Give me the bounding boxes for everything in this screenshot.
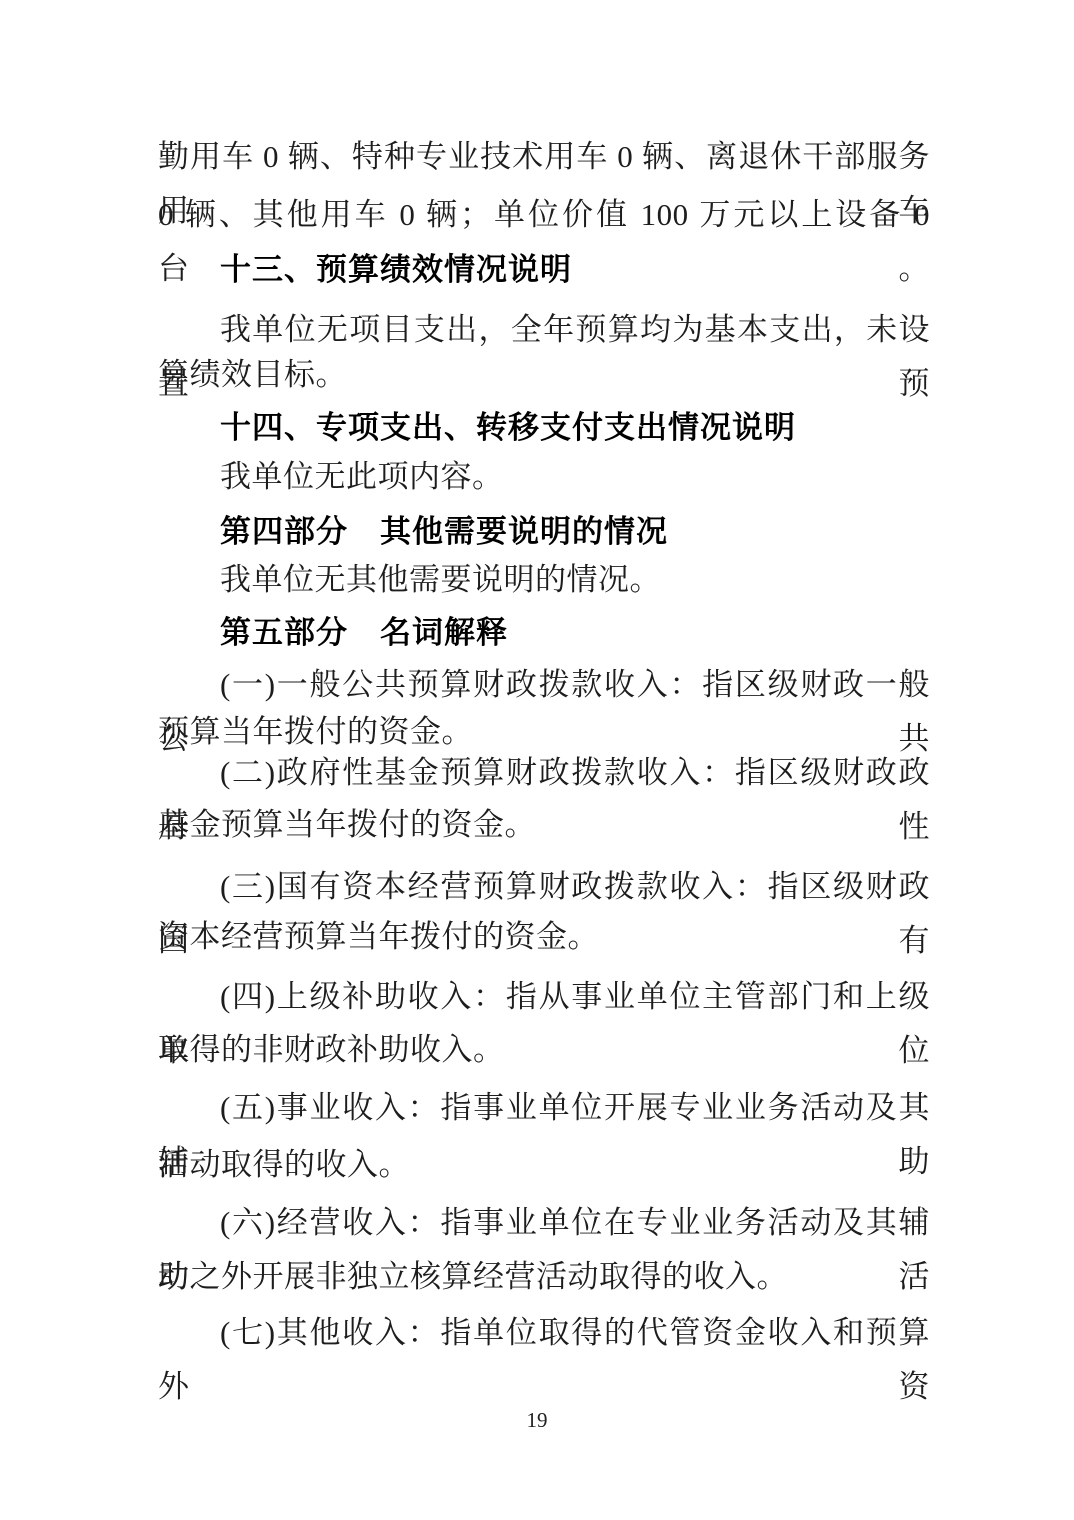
- text-line: 资本经营预算当年拨付的资金。: [158, 910, 930, 964]
- text-line: 动之外开展非独立核算经营活动取得的收入。: [158, 1250, 930, 1304]
- page-content: 勤用车 0 辆、特种专业技术用车 0 辆、离退休干部服务用车0 辆、其他用车 0…: [0, 0, 1074, 1520]
- text-line: (二)政府性基金预算财政拨款收入：指区级财政政府性: [158, 746, 930, 800]
- text-line: (四)上级补助收入：指从事业单位主管部门和上级单位: [158, 970, 930, 1024]
- text-line: 我单位无其他需要说明的情况。: [158, 553, 930, 607]
- text-line: (五)事业收入：指事业单位开展专业业务活动及其辅助: [158, 1081, 930, 1135]
- section-heading: 十四、专项支出、转移支付支出情况说明: [158, 401, 930, 455]
- text-line: 取得的非财政补助收入。: [158, 1023, 930, 1077]
- document-page: 勤用车 0 辆、特种专业技术用车 0 辆、离退休干部服务用车0 辆、其他用车 0…: [0, 0, 1074, 1520]
- text-line: 活动取得的收入。: [158, 1138, 930, 1192]
- text-line: (一)一般公共预算财政拨款收入：指区级财政一般公共: [158, 658, 930, 712]
- text-line: (三)国有资本经营预算财政拨款收入：指区级财政国有: [158, 860, 930, 914]
- text-line: 算绩效目标。: [158, 348, 930, 402]
- text-line: 勤用车 0 辆、特种专业技术用车 0 辆、离退休干部服务用车: [158, 130, 930, 184]
- page-number: 19: [0, 1404, 1074, 1436]
- text-line: 我单位无此项内容。: [158, 450, 930, 504]
- section-heading: 第四部分 其他需要说明的情况: [158, 505, 930, 559]
- text-line: 0 辆、其他用车 0 辆；单位价值 100 万元以上设备 0 台。: [158, 188, 930, 242]
- section-heading: 第五部分 名词解释: [158, 606, 930, 660]
- text-line: 基金预算当年拨付的资金。: [158, 798, 930, 852]
- section-heading: 十三、预算绩效情况说明: [158, 243, 930, 297]
- text-line: (六)经营收入：指事业单位在专业业务活动及其辅助活: [158, 1196, 930, 1250]
- text-line: (七)其他收入：指单位取得的代管资金收入和预算外资: [158, 1306, 930, 1360]
